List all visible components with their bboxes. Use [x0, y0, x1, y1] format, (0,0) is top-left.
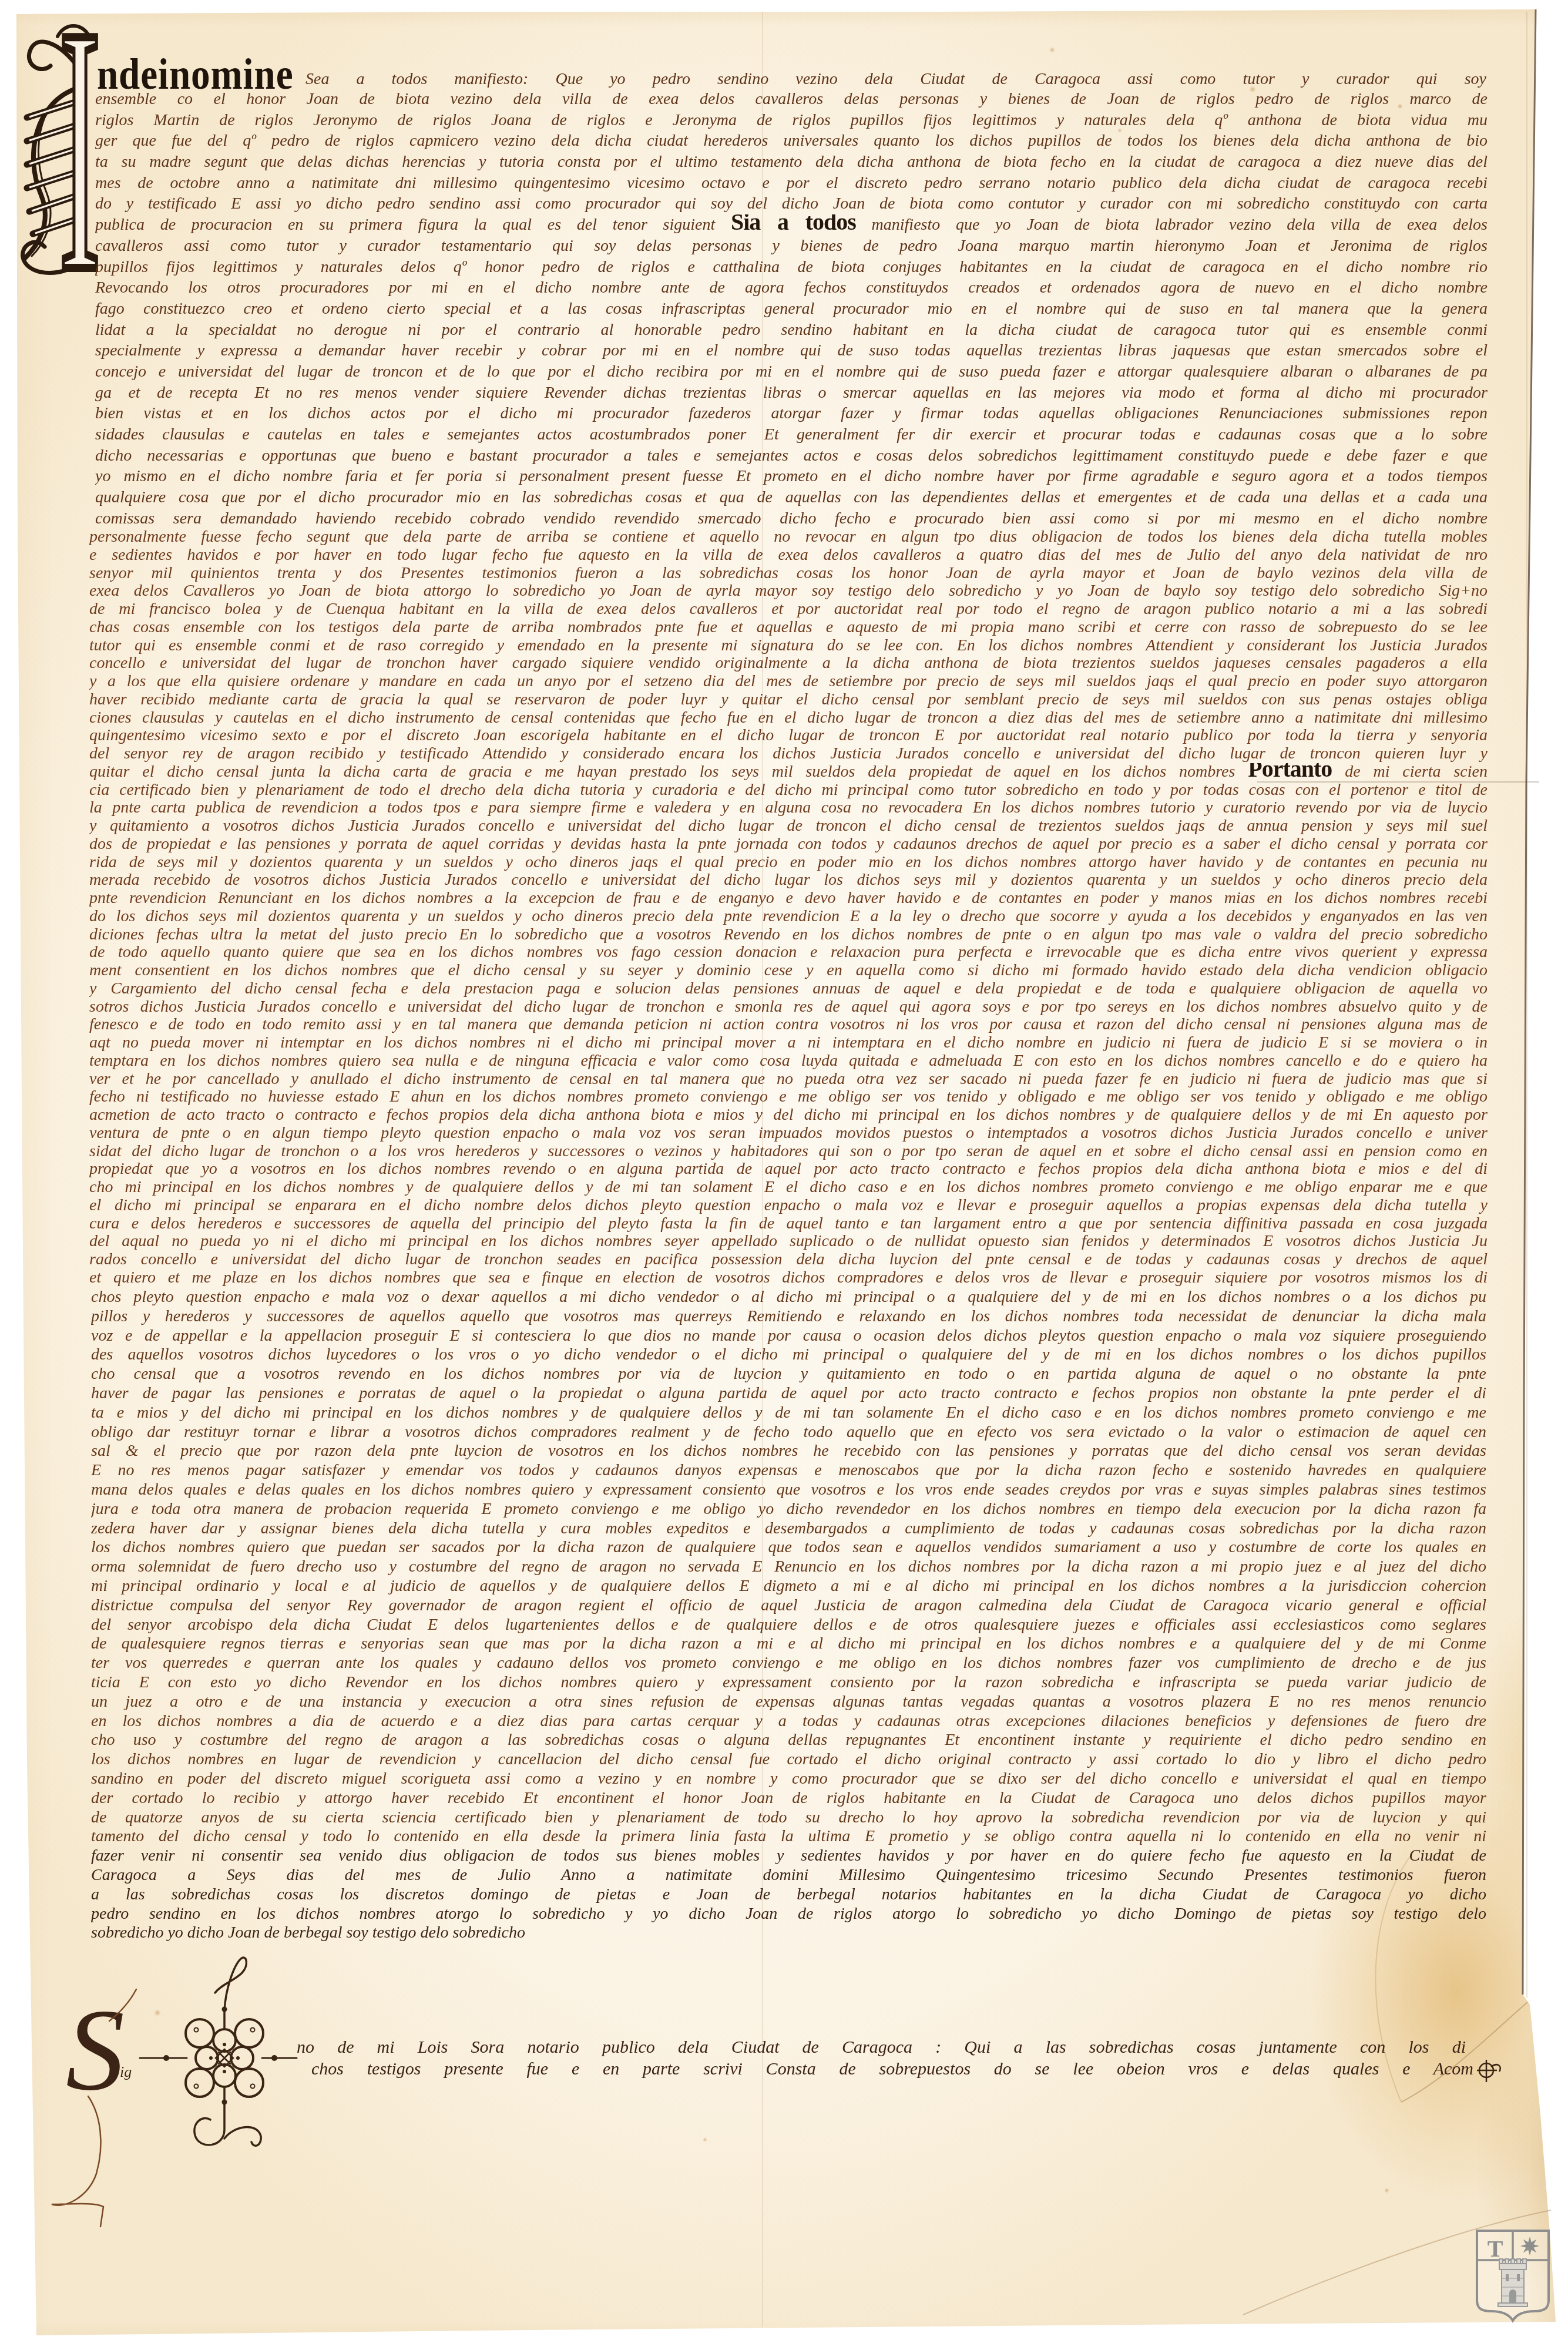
text-line: obligo dar restituyr tornar e librar a v… [91, 1423, 1486, 1442]
text-line: Sea a todos manifiesto: Que yo pedro sen… [305, 70, 1486, 89]
foxing-spot [1384, 2188, 1389, 2193]
text-line: der cortado lo recibio y attorgo haver r… [91, 1789, 1486, 1808]
text-line: dos de propiedat e las pensiones y porra… [89, 835, 1488, 854]
text-line: quingentesimo vicesimo sexto e por el di… [89, 727, 1488, 745]
text-line: qualquiere cosa que por el dicho procura… [95, 487, 1488, 508]
text-line: cho mi principal en los dichos nombres y… [89, 1179, 1488, 1197]
text-line: ver et he por cancellado y anullado el d… [89, 1070, 1488, 1089]
text-line: de qualesquiere regnos tierras e senyori… [91, 1634, 1486, 1654]
text-line: mes de octobre anno a natimitate dni mil… [95, 173, 1488, 194]
text-line: e sedientes havidos e por haver en todo … [89, 546, 1488, 565]
text-line: fecho ni testificado no huviesse estado … [89, 1088, 1488, 1106]
text-segment: manifiesto que yo Joan de biota labrador… [872, 216, 1488, 234]
text-line: acmetion de acto tracto o contracto e fe… [89, 1106, 1488, 1124]
text-line: y quitamiento a vosotros dichos Justicia… [89, 817, 1488, 835]
text-line: orma solemnidat de fuero drecho uso y co… [91, 1557, 1486, 1577]
text-line: merada recebido de vosotros dichos Justi… [89, 871, 1488, 889]
text-line: specialmente y expressa a demandar haver… [95, 340, 1488, 361]
text-block-middle: personalmente fuesse fecho segunt que de… [89, 528, 1488, 1287]
text-line: haver de pagar las pensiones e porratas … [91, 1384, 1486, 1404]
text-line: jura e toda otra manera de probacion req… [91, 1500, 1486, 1519]
text-line: diciones fechas ultra la metat del justo… [89, 926, 1488, 944]
text-line: mana delos quales e delas quales en los … [91, 1480, 1486, 1500]
witnesses-line: a las sobredichas cosas los discretos do… [91, 1885, 1486, 1905]
text-line: zedera haver dar y assignar bienes dela … [91, 1519, 1486, 1539]
text-line: cavalleros assi como tutor y curador tes… [95, 236, 1488, 257]
text-line: chos pleyto question enpacho e mala voz … [91, 1288, 1486, 1307]
text-line: sidades clausulas e cautelas en tales e … [95, 424, 1488, 445]
text-line: del aqual no pueda yo ni el dicho mi pri… [89, 1233, 1488, 1251]
text-line: fazer venir ni consentir sea venido dius… [91, 1847, 1486, 1866]
text-line: rida de seys mil y dozientos quarenta y … [89, 854, 1488, 872]
text-line: concello e universidat del lugar de tron… [89, 654, 1488, 673]
notary-attestation-line-2: chos testigos presente fue e en parte sc… [311, 2059, 1473, 2079]
text-line: pupillos fijos legittimos y naturales de… [95, 257, 1488, 278]
text-line: cho censal que a vosotros revendo en los… [91, 1365, 1486, 1384]
foxing-spot [1049, 47, 1055, 53]
text-line: exea delos Cavalleros yo Joan de biota a… [89, 582, 1488, 600]
text-segment: publica de procuracion en su primera fig… [95, 216, 715, 234]
text-line: mi principal ordinario y local e al judi… [91, 1577, 1486, 1596]
text-line: cia certificado bien y plenariament de t… [89, 781, 1488, 800]
text-line: tutor qui es ensemble conmi et de raso c… [89, 637, 1488, 655]
text-line: quitar el dicho censal junta la dicha ca… [89, 763, 1488, 781]
text-line: el dicho mi principal se enparara en el … [89, 1197, 1488, 1215]
text-line: propiedat que yo a vosotros en los dicho… [89, 1160, 1488, 1179]
text-line: chas cosas ensemble con los testigos del… [89, 619, 1488, 637]
text-line: ta su madre segunt que delas dichas here… [95, 152, 1488, 173]
text-line: sotros dichos Justicia Jurados concello … [89, 998, 1488, 1016]
text-line: publica de procuracion en su primera fig… [95, 214, 1488, 236]
signum-letters-ig: ig [120, 2063, 132, 2081]
text-line: dicho necessarias e opportunas que bueno… [95, 445, 1488, 466]
text-line: haver recibido mediante carta de gracia … [89, 691, 1488, 709]
text-line: fenesco e de todo en todo remito assi y … [89, 1016, 1488, 1034]
text-line: del senyor arcobispo dela dicha Ciudat E… [91, 1616, 1486, 1635]
date-line: Caragoca a Seys dias del mes de Julio An… [91, 1866, 1486, 1885]
text-segment: de mi cierta scien [1345, 763, 1488, 781]
text-line: yo mismo en el dicho nombre faria et fer… [95, 466, 1488, 487]
text-line: del senyor rey de aragon recibido y test… [89, 745, 1488, 763]
text-line: ventura de pnte o en algun tiempo pleyto… [89, 1124, 1488, 1143]
emphasis-portanto: Portanto [1248, 763, 1332, 781]
emphasis-sia-a-todos: Sia a todos [731, 214, 856, 235]
text-line: concejo e universidat del lugar de tronc… [95, 361, 1488, 382]
text-line: personalmente fuesse fecho segunt que de… [89, 528, 1488, 546]
text-line: Revocando los otros procuradores por mi … [95, 277, 1488, 298]
text-line: los dichos nombres quiero que puedan ser… [91, 1538, 1486, 1557]
text-line: en los dichos nombres a dia de acuerdo e… [91, 1712, 1486, 1731]
text-line: voz e de appellar e la appellacion prose… [91, 1327, 1486, 1346]
text-line: pillos y herederos y successores de aque… [91, 1307, 1486, 1327]
text-block-lower: chos pleyto question enpacho e mala voz … [91, 1288, 1486, 1943]
text-line: des aquellos vosotros dichos luycedores … [91, 1345, 1486, 1365]
text-line: ensemble co el honor Joan de biota vezin… [95, 89, 1488, 110]
text-line: riglos Martin de riglos Jeronymo de rigl… [95, 110, 1488, 131]
text-line: ger que fue del qº pedro de riglos capmi… [95, 130, 1488, 152]
text-line: districtue compulsa del senyor Rey gover… [91, 1596, 1486, 1616]
text-line: E no res menos pagar satisfazer y emenda… [91, 1461, 1486, 1480]
right-fold-crease [1526, 12, 1527, 1997]
text-line: sidat del dicho lugar de tronchon o a lo… [89, 1143, 1488, 1161]
text-line: rados concello e universidat del dicho l… [89, 1251, 1488, 1269]
witnesses-line: pedro sendino en los dichos nombres ator… [91, 1905, 1486, 1924]
text-line: ciones clausulas y cautelas en el dicho … [89, 709, 1488, 727]
text-line: los dichos nombres en lugar de revendici… [91, 1750, 1486, 1770]
text-line: ticia E con esto yo dicho Revendor en lo… [91, 1673, 1486, 1693]
text-line: bien vistas et en los dichos actos por e… [95, 403, 1488, 424]
text-line: sandino en poder del discreto miguel sco… [91, 1770, 1486, 1789]
text-line: y Cargamiento del dicho censal fecha e d… [89, 980, 1488, 998]
text-line: cura e delos herederos e successores de … [89, 1215, 1488, 1233]
text-line: temptara en los dichos nombres quiero se… [89, 1052, 1488, 1070]
text-line: un juez a otro e de una instancia y exec… [91, 1693, 1486, 1712]
text-line: la pnte carta publica de revendicion a t… [89, 799, 1488, 817]
text-line: de quatorze anyos de su cierta sciencia … [91, 1808, 1486, 1828]
text-line: aqt no pueda mover ni intemptar en los d… [89, 1034, 1488, 1052]
text-line: de todo aquello quanto quiere que sea en… [89, 944, 1488, 962]
text-line: cho uso y costumbre del regno de aragon … [91, 1731, 1486, 1750]
text-line: senyor mil quinientos trenta y dos Prese… [89, 565, 1488, 583]
foxing-spot [154, 2009, 161, 2016]
text-line: ta e mios y del dicho mi principal en lo… [91, 1404, 1486, 1423]
text-line: comissas sera demandado haviendo recebid… [95, 508, 1488, 529]
text-line: lidat a la specialdat no derogue ni por … [95, 320, 1488, 341]
text-line: ment consentient en los dichos nombres q… [89, 962, 1488, 980]
text-segment: quitar el dicho censal junta la dicha ca… [89, 763, 1235, 781]
text-line: ter vos querredes e querran ante los qua… [91, 1654, 1486, 1673]
text-line: fago constituezco creo et ordeno cierto … [95, 298, 1488, 320]
text-block-upper: ensemble co el honor Joan de biota vezin… [95, 89, 1488, 529]
notary-attestation-line-1: no de mi Lois Sora notario publico dela … [297, 2037, 1466, 2057]
text-line: tamento del dicho censal y todo lo conte… [91, 1827, 1486, 1847]
text-line: pnte revendicion Renunciant en los dicho… [89, 889, 1488, 908]
text-line: sal & el precio que por razon dela pnte … [91, 1442, 1486, 1461]
witnesses-line: sobredicho yo dicho Joan de berbegal soy… [91, 1923, 1486, 1943]
text-line: de mi francisco bolea y de Cuenqua habit… [89, 600, 1488, 619]
signum-letter-s: S [66, 1992, 125, 2109]
text-line: y a los que ella quisiere ordenare y man… [89, 673, 1488, 691]
text-line: ga et de recepta Et no res menos vender … [95, 382, 1488, 404]
text-line: et quiero et me plaze en los dichos nomb… [89, 1269, 1488, 1287]
foxing-spot [703, 2137, 707, 2142]
text-line: do y testificado E assi yo dicho pedro s… [95, 193, 1488, 214]
text-line: do los dichos seys mil dozientos quarent… [89, 908, 1488, 926]
